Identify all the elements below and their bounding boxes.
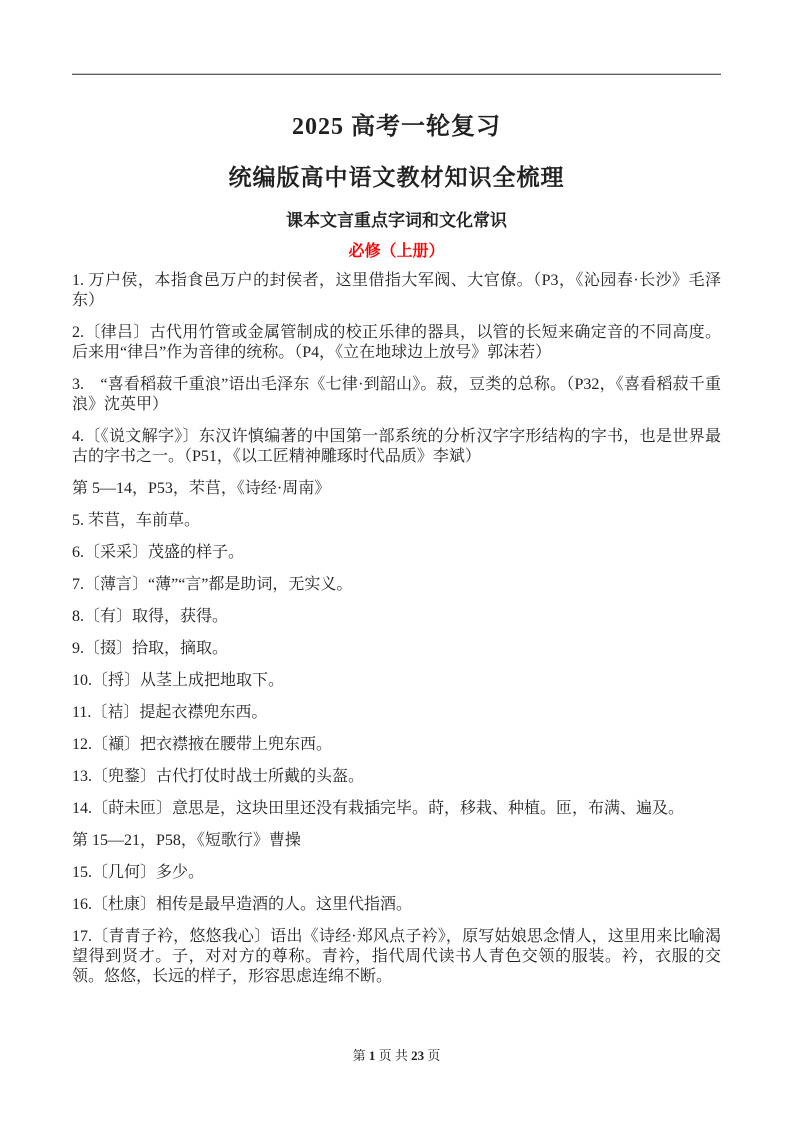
doc-title: 2025 高考一轮复习 bbox=[72, 112, 721, 142]
unit-heading: 必修（上册） bbox=[72, 241, 721, 262]
list-item: 13.〔兜鍪〕古代打仗时战士所戴的头盔。 bbox=[72, 767, 721, 787]
list-item: 17.〔青青子衿，悠悠我心〕语出《诗经·郑风点子衿》，原写姑娘思念情人，这里用来… bbox=[72, 927, 721, 987]
list-item: 8.〔有〕取得，获得。 bbox=[72, 607, 721, 627]
list-item: 2.〔律吕〕古代用竹管或金属管制成的校正乐律的器具，以管的长短来确定音的不同高度… bbox=[72, 323, 721, 363]
list-item: 1. 万户侯，本指食邑万户的封侯者，这里借指大军阀、大官僚。（P3，《沁园春·长… bbox=[72, 271, 721, 311]
footer-label: 第 bbox=[353, 1048, 366, 1063]
total-pages: 23 bbox=[411, 1048, 424, 1063]
footer-label: 页 bbox=[427, 1048, 440, 1063]
list-item: 9.〔掇〕拾取，摘取。 bbox=[72, 639, 721, 659]
section-line: 第 15—21，P58，《短歌行》曹操 bbox=[72, 831, 721, 851]
list-item: 15.〔几何〕多少。 bbox=[72, 863, 721, 883]
document-body: 1. 万户侯，本指食邑万户的封侯者，这里借指大军阀、大官僚。（P3，《沁园春·长… bbox=[72, 271, 721, 987]
list-item: 6.〔采采〕茂盛的样子。 bbox=[72, 543, 721, 563]
section-line: 第 5—14，P53，芣苢，《诗经·周南》 bbox=[72, 479, 721, 499]
footer-label: 页 共 bbox=[379, 1048, 408, 1063]
list-item: 7.〔薄言〕“薄”“言”都是助词，无实义。 bbox=[72, 575, 721, 595]
list-item: 11.〔袺〕提起衣襟兜东西。 bbox=[72, 703, 721, 723]
header-rule bbox=[72, 73, 721, 75]
list-item: 14.〔莳未匝〕意思是，这块田里还没有栽插完毕。莳，移栽、种植。匝，布满、遍及。 bbox=[72, 799, 721, 819]
list-item: 10.〔捋〕从茎上成把地取下。 bbox=[72, 671, 721, 691]
section-title: 课本文言重点字词和文化常识 bbox=[72, 210, 721, 232]
list-item: 4.〔《说文解字》〕东汉许慎编著的中国第一部系统的分析汉字字形结构的字书，也是世… bbox=[72, 427, 721, 467]
list-item: 3. “喜看稻菽千重浪”语出毛泽东《七律·到韶山》。菽，豆类的总称。（P32，《… bbox=[72, 375, 721, 415]
list-item: 16.〔杜康〕相传是最早造酒的人。这里代指酒。 bbox=[72, 895, 721, 915]
list-item: 5. 芣苢，车前草。 bbox=[72, 511, 721, 531]
document-page: 2025 高考一轮复习 统编版高中语文教材知识全梳理 课本文言重点字词和文化常识… bbox=[0, 0, 793, 1122]
page-footer: 第 1 页 共 23 页 bbox=[0, 1048, 793, 1064]
list-item: 12.〔襭〕把衣襟掖在腰带上兜东西。 bbox=[72, 735, 721, 755]
doc-subtitle: 统编版高中语文教材知识全梳理 bbox=[72, 163, 721, 193]
page-number: 1 bbox=[369, 1048, 376, 1063]
